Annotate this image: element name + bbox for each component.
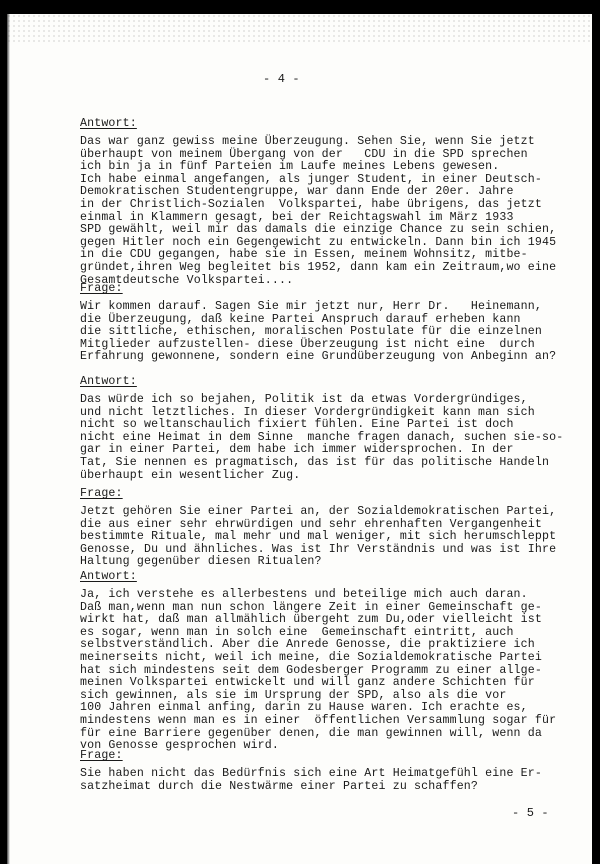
text-line: meinen Volkspartei entwickelt und will g… xyxy=(80,677,556,690)
text-line: bestimmte Rituale, mal mehr und mal weni… xyxy=(80,531,556,544)
text-line: Haltung gegenüber diesen Ritualen? xyxy=(80,556,556,569)
question-section-2: Frage: Jetzt gehören Sie einer Partei an… xyxy=(80,487,556,569)
text-line: Jetzt gehören Sie einer Partei an, der S… xyxy=(80,506,556,519)
text-line: Das würde ich so bejahen, Politik ist da… xyxy=(80,394,563,407)
text-line: gründet,ihren Weg begleitet bis 1952, da… xyxy=(80,262,556,275)
text-line: Erfahrung gewonnene, sondern eine Grundü… xyxy=(80,351,556,364)
section-text: Ja, ich verstehe es allerbestens und bet… xyxy=(80,589,556,753)
text-line: ich bin ja in fünf Parteien im Laufe mei… xyxy=(80,161,556,174)
section-label: Antwort: xyxy=(80,570,137,584)
text-line: Ja, ich verstehe es allerbestens und bet… xyxy=(80,589,556,602)
answer-section-1: Antwort: Das war ganz gewiss meine Überz… xyxy=(80,117,556,287)
section-text: Jetzt gehören Sie einer Partei an, der S… xyxy=(80,506,556,569)
text-line: Sie haben nicht das Bedürfnis sich eine … xyxy=(80,768,542,781)
question-section-1: Frage: Wir kommen darauf. Sagen Sie mir … xyxy=(80,282,556,364)
section-text: Wir kommen darauf. Sagen Sie mir jetzt n… xyxy=(80,301,556,364)
text-line: Wir kommen darauf. Sagen Sie mir jetzt n… xyxy=(80,301,556,314)
question-section-3: Frage: Sie haben nicht das Bedürfnis sic… xyxy=(80,749,542,793)
section-text: Das war ganz gewiss meine Überzeugung. S… xyxy=(80,136,556,287)
scanned-page: - 4 - Antwort: Das war ganz gewiss meine… xyxy=(7,14,592,864)
answer-section-2: Antwort: Das würde ich so bejahen, Polit… xyxy=(80,375,563,482)
page-number-bottom: - 5 - xyxy=(512,806,549,820)
section-label: Frage: xyxy=(80,282,123,296)
section-label: Antwort: xyxy=(80,375,137,389)
text-line: Tat, Sie nennen es pragmatisch, das ist … xyxy=(80,457,563,470)
section-text: Sie haben nicht das Bedürfnis sich eine … xyxy=(80,768,542,793)
section-text: Das würde ich so bejahen, Politik ist da… xyxy=(80,394,563,482)
text-line: in der Christlich-Sozialen Volkspartei, … xyxy=(80,199,556,212)
page-number-top: - 4 - xyxy=(263,72,300,86)
text-line: meinerseits nicht, weil ich meine, die S… xyxy=(80,652,556,665)
text-line: die sittliche, ethischen, moralischen Po… xyxy=(80,326,556,339)
section-label: Antwort: xyxy=(80,117,137,131)
section-label: Frage: xyxy=(80,487,123,501)
text-line: satzheimat durch die Nestwärme einer Par… xyxy=(80,781,542,794)
answer-section-3: Antwort: Ja, ich verstehe es allerbesten… xyxy=(80,570,556,753)
text-line: überhaupt ein wesentlicher Zug. xyxy=(80,470,563,483)
text-line: mindestens wenn man es in einer öffentli… xyxy=(80,715,556,728)
text-line: nicht so weltanschaulich fixiert fühlen.… xyxy=(80,419,563,432)
section-label: Frage: xyxy=(80,749,123,763)
text-line: SPD gewählt, weil mir das damals die ein… xyxy=(80,224,556,237)
text-line: wirkt hat, daß man allmählich übergeht z… xyxy=(80,614,556,627)
text-line: Das war ganz gewiss meine Überzeugung. S… xyxy=(80,136,556,149)
